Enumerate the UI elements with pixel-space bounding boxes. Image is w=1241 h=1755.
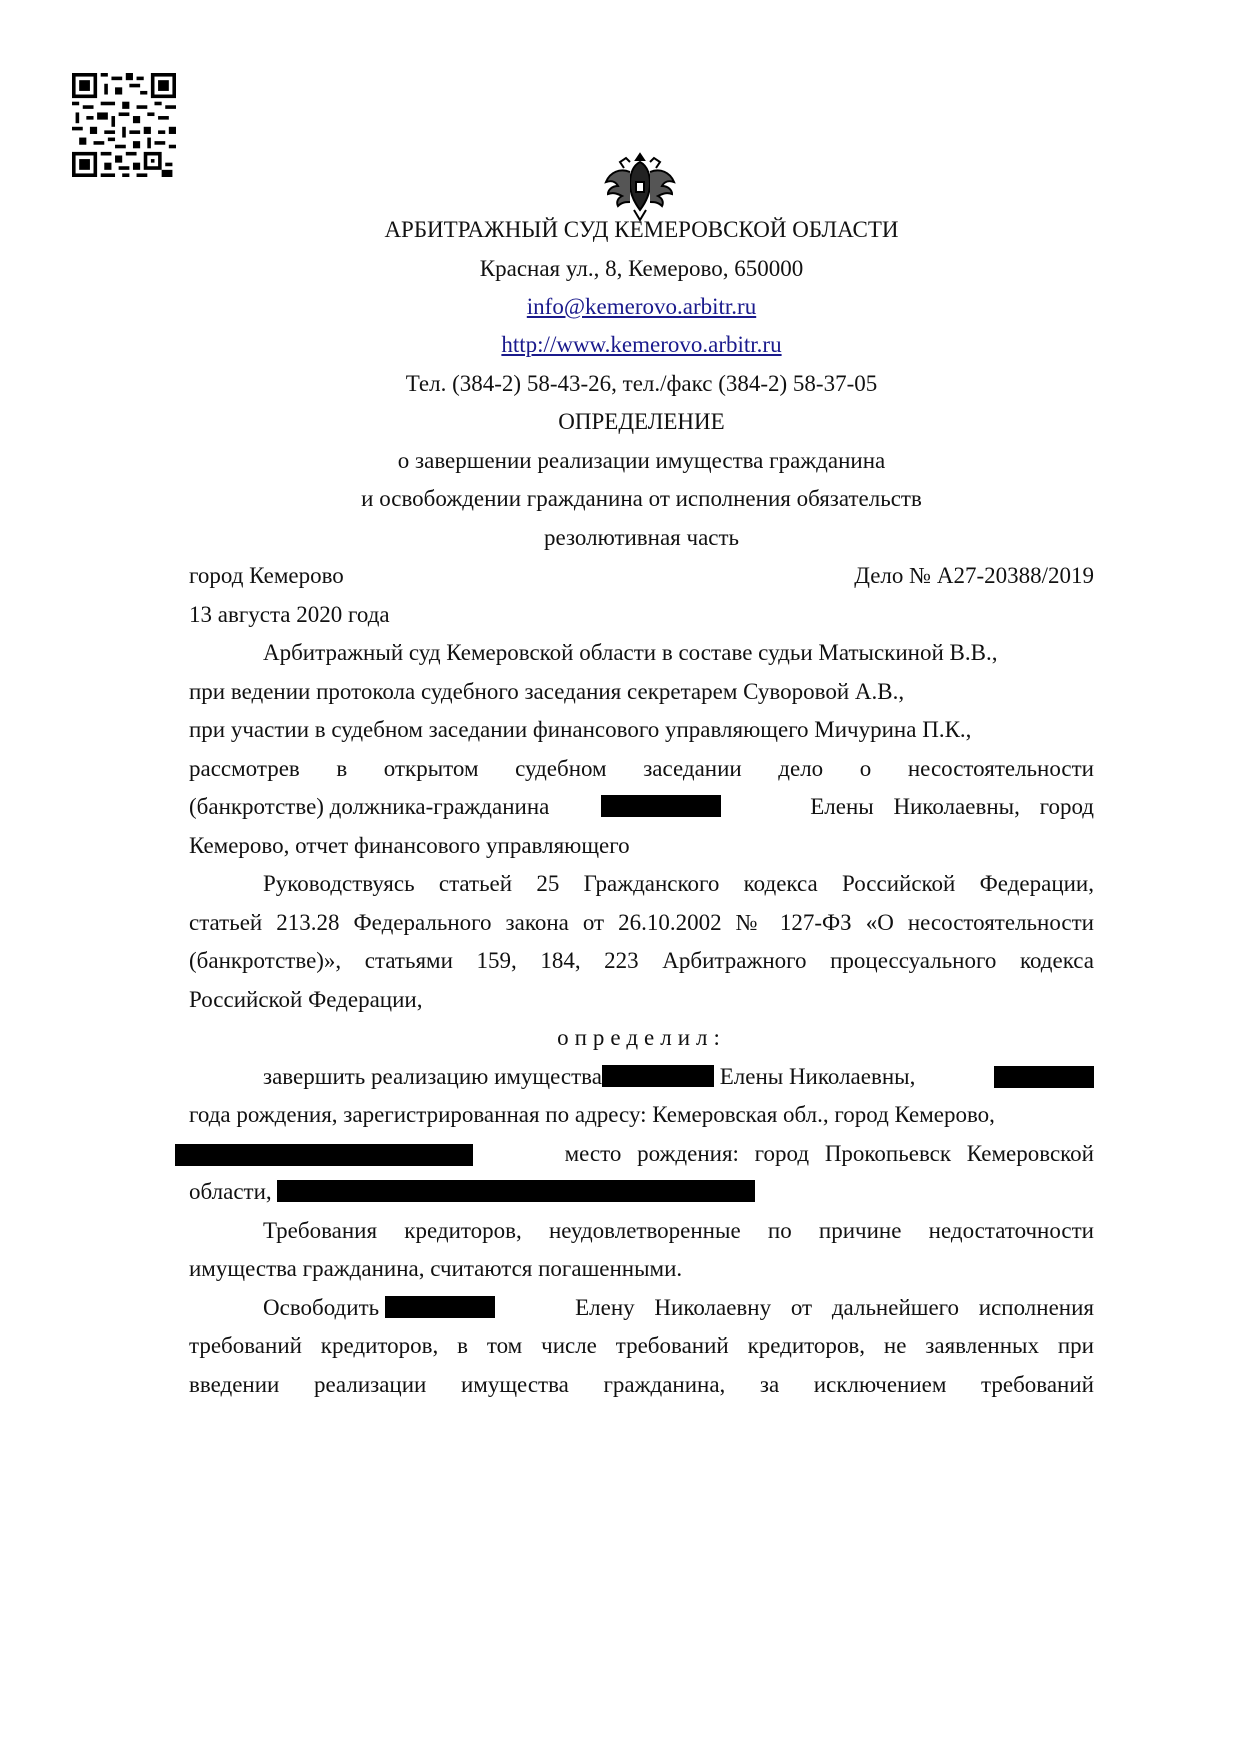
text-fragment: Елену Николаевну от дальнейшего исполнен… [575,1294,1094,1322]
subtitle-line-1: о завершении реализации имущества гражда… [0,447,1241,475]
subtitle-line-3: резолютивная часть [0,524,1241,552]
text-fragment: место рождения: город Прокопьевск Кемеро… [565,1140,1094,1168]
paragraph-2-line-2: статьей 213.28 Федерального закона от 26… [189,909,1094,937]
paragraph-3-line-1: завершить реализацию имущества Елены Ник… [189,1063,1094,1091]
paragraph-2-line-4: Российской Федерации, [189,986,1094,1014]
court-name: АРБИТРАЖНЫЙ СУД КЕМЕРОВСКОЙ ОБЛАСТИ [0,216,1241,244]
website-link[interactable]: http://www.kemerovo.arbitr.ru [501,332,781,357]
paragraph-1-line-4: рассмотрев в открытом судебном заседании… [189,755,1094,783]
document-type: ОПРЕДЕЛЕНИЕ [0,408,1241,436]
paragraph-1-line-1: Арбитражный суд Кемеровской области в со… [189,639,1094,667]
paragraph-1-line-3: при участии в судебном заседании финансо… [189,716,1094,744]
text-fragment: Елены Николаевны, [720,1064,916,1089]
redaction-block [602,1065,714,1087]
paragraph-3-line-4: области, [189,1178,1094,1206]
text-fragment: (банкротстве) должника-гражданина [189,794,549,819]
text-fragment: Освободить [263,1295,379,1320]
ruling-word: определил: [0,1024,1241,1052]
text-fragment: области, [189,1179,272,1204]
redaction-block [385,1296,495,1318]
redaction-block [601,795,721,817]
decision-date: 13 августа 2020 года [189,601,1094,629]
qr-code-icon [72,73,176,177]
text-fragment: завершить реализацию имущества [263,1064,602,1089]
paragraph-2-line-3: (банкротстве)», статьями 159, 184, 223 А… [189,947,1094,975]
redaction-block [175,1144,473,1166]
paragraph-1-line-6: Кемерово, отчет финансового управляющего [189,832,1094,860]
court-address: Красная ул., 8, Кемерово, 650000 [0,255,1241,283]
city: город Кемерово [189,563,344,588]
paragraph-5-line-2: требований кредиторов, в том числе требо… [189,1332,1094,1360]
email-link[interactable]: info@kemerovo.arbitr.ru [527,294,756,319]
paragraph-1-line-2: при ведении протокола судебного заседани… [189,678,1094,706]
meta-row: город Кемерово Дело № А27-20388/2019 [189,562,1094,590]
redaction-block [277,1180,755,1202]
case-number: Дело № А27-20388/2019 [854,562,1094,590]
redaction-block [994,1066,1094,1088]
subtitle-line-2: и освобождении гражданина от исполнения … [0,485,1241,513]
paragraph-1-line-5: (банкротстве) должника-гражданина Елены … [189,793,1094,821]
court-phones: Тел. (384-2) 58-43-26, тел./факс (384-2)… [0,370,1241,398]
paragraph-5-line-3: введении реализации имущества гражданина… [189,1371,1094,1399]
paragraph-3-line-2: года рождения, зарегистрированная по адр… [189,1101,1094,1129]
paragraph-5-line-1: Освободить Елену Николаевну от дальнейше… [189,1294,1094,1322]
paragraph-2-line-1: Руководствуясь статьей 25 Гражданского к… [189,870,1094,898]
paragraph-4-line-2: имущества гражданина, считаются погашенн… [189,1255,1094,1283]
paragraph-4-line-1: Требования кредиторов, неудовлетворенные… [189,1217,1094,1245]
text-fragment: Елены Николаевны, город [810,793,1094,821]
